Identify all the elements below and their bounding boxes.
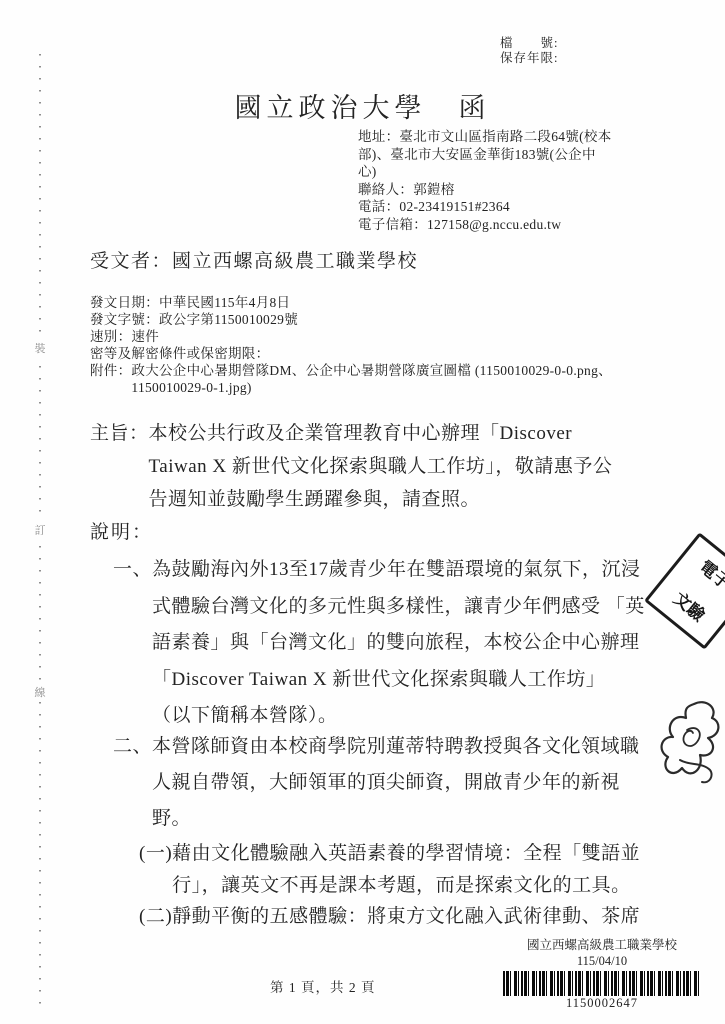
explanation-subitem-2: (二) 靜動平衡的五感體驗：將東方文化融入武術律動、茶席 xyxy=(139,901,707,933)
subitem-1-content: 藉由文化體驗融入英語素養的學習情境：全程「雙語並 行」，讓英文不再是課本考題，而… xyxy=(172,838,707,902)
barcode xyxy=(503,971,701,996)
subject-block: 主旨： 本校公共行政及企業管理教育中心辦理「Discover Taiwan X … xyxy=(90,417,654,516)
file-number-label: 檔 號: xyxy=(500,36,558,51)
item-1-marker: 一、 xyxy=(113,552,152,589)
issue-date-line: 發文日期：中華民國115年4月8日 xyxy=(90,294,612,311)
delivery-school: 國立西螺高級農工職業學校 xyxy=(497,938,707,954)
binding-dotted-line: 裝 訂 線 xyxy=(39,54,41,1006)
subject-content: 本校公共行政及企業管理教育中心辦理「Discover Taiwan X 新世代文… xyxy=(149,417,654,516)
item-1-content: 為鼓勵海內外13至17歲青少年在雙語環境的氣氛下，沉浸 式體驗台灣文化的多元性與… xyxy=(152,552,662,735)
scanned-official-letter-page-1: 裝 訂 線 檔 號: 保存年限: 國立政治大學 函 地址：臺北市文山區指南路二段… xyxy=(0,0,725,1024)
stamp-char-dian: 電子 xyxy=(696,558,725,593)
subject-label: 主旨： xyxy=(90,417,149,450)
explanation-label: 說明： xyxy=(90,517,153,544)
explanation-subitem-1: (一) 藉由文化體驗融入英語素養的學習情境：全程「雙語並 行」，讓英文不再是課本… xyxy=(139,838,707,902)
sender-contact-info: 地址：臺北市文山區指南路二段64號(校本 部)、臺北市大安區金華街183號(公企… xyxy=(358,128,658,234)
recipient-line: 受文者：國立西螺高級農工職業學校 xyxy=(90,246,418,273)
document-title: 國立政治大學 函 xyxy=(0,86,725,125)
scribble-stamp-icon xyxy=(660,700,722,792)
stamp-char-wen: 文驗 xyxy=(671,590,708,625)
subitem-2-content: 靜動平衡的五感體驗：將東方文化融入武術律動、茶席 xyxy=(172,901,707,933)
barcode-number: 1150002647 xyxy=(497,996,707,1012)
delivery-block: 國立西螺高級農工職業學校 115/04/10 1150002647 xyxy=(497,938,707,1012)
subitem-1-marker: (一) xyxy=(139,838,172,870)
explanation-item-1: 一、 為鼓勵海內外13至17歲青少年在雙語環境的氣氛下，沉浸 式體驗台灣文化的多… xyxy=(113,552,662,735)
item-2-marker: 二、 xyxy=(113,729,152,765)
attachment-value: 政大公企中心暑期營隊DM、公企中心暑期營隊廣宣圖檔 (1150010029-0-… xyxy=(131,362,612,396)
document-meta-block: 發文日期：中華民國115年4月8日 發文字號：政公字第1150010029號 速… xyxy=(90,294,612,396)
subitem-2-marker: (二) xyxy=(139,901,172,933)
explanation-item-2: 二、 本營隊師資由本校商學院別蓮蒂特聘教授與各文化領域職 人親自帶領，大師領軍的… xyxy=(113,729,662,837)
page-number: 第 1 頁，共 2 頁 xyxy=(270,976,376,996)
speed-level-line: 速別：速件 xyxy=(90,328,612,345)
retention-period-label: 保存年限: xyxy=(500,51,558,66)
attachment-line: 附件： 政大公企中心暑期營隊DM、公企中心暑期營隊廣宣圖檔 (115001002… xyxy=(90,362,612,396)
attachment-label: 附件： xyxy=(90,362,131,379)
doc-number-line: 發文字號：政公字第1150010029號 xyxy=(90,311,612,328)
binding-char-zhuang: 裝 xyxy=(33,340,47,358)
item-2-content: 本營隊師資由本校商學院別蓮蒂特聘教授與各文化領域職 人親自帶領，大師領軍的頂尖師… xyxy=(152,729,662,837)
security-level-line: 密等及解密條件或保密期限： xyxy=(90,345,612,362)
archive-block: 檔 號: 保存年限: xyxy=(500,36,558,66)
binding-char-xian: 線 xyxy=(33,684,47,702)
binding-char-ding: 訂 xyxy=(33,522,47,540)
delivery-date: 115/04/10 xyxy=(497,954,707,970)
